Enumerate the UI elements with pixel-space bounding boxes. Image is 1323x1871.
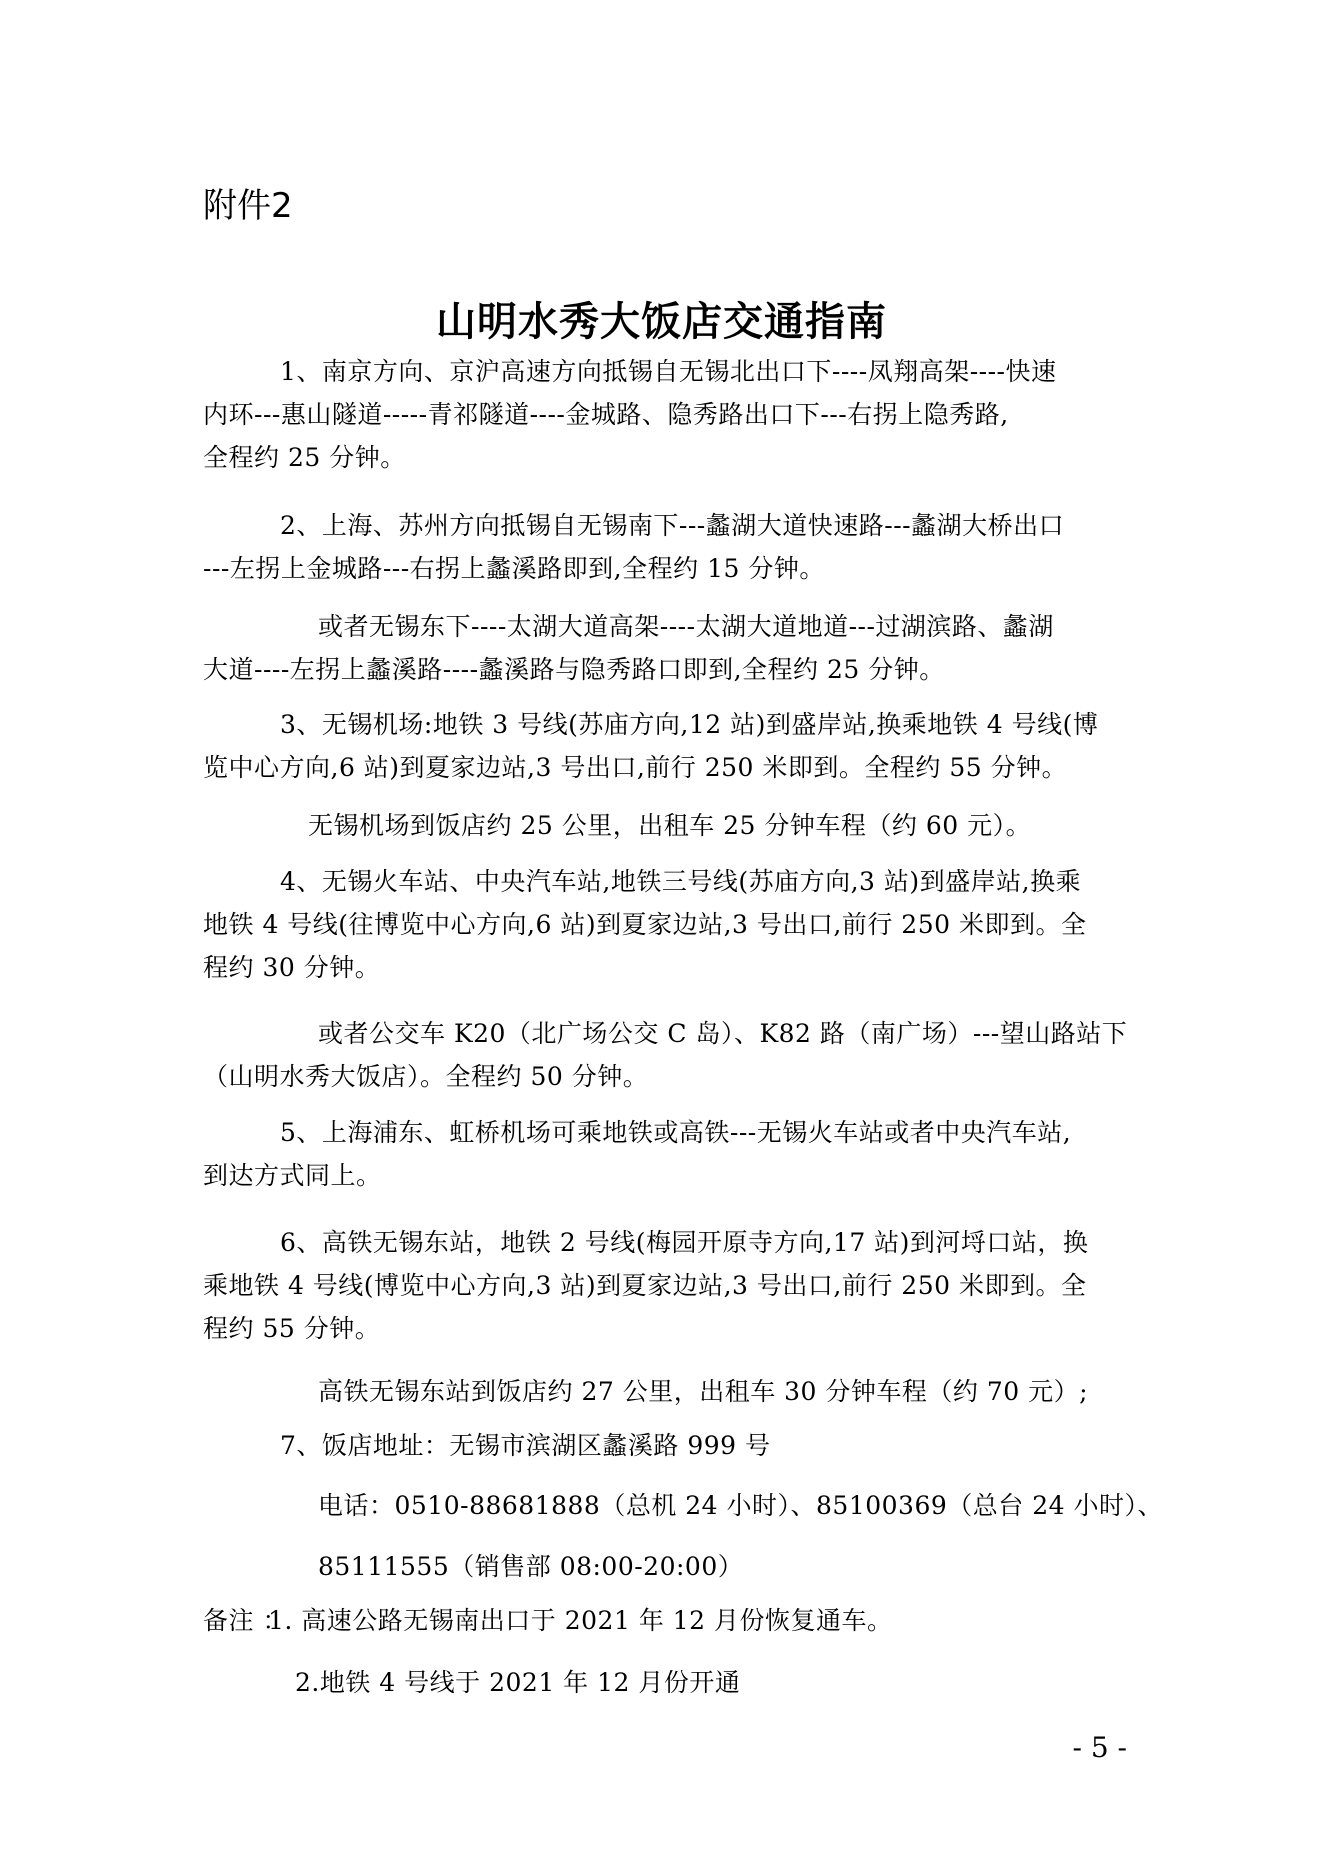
hotel-phone-line-2: 85111555（销售部 08:00-20:00） <box>318 1552 743 1582</box>
route-5-line-2: 到达方式同上。 <box>203 1161 382 1191</box>
route-2-alt-line-2: 大道----左拐上蠡溪路----蠡溪路与隐秀路口即到,全程约 25 分钟。 <box>203 655 945 685</box>
page-number: - 5 - <box>1072 1731 1127 1764</box>
hotel-phone-line-1: 电话：0510-88681888（总机 24 小时）、85100369（总台 2… <box>318 1491 1163 1521</box>
route-6-line-1: 6、高铁无锡东站，地铁 2 号线(梅园开原寺方向,17 站)到河埒口站，换 <box>280 1228 1088 1258</box>
route-4-bus-line-2: （山明水秀大饭店）。全程约 50 分钟。 <box>203 1062 648 1092</box>
attachment-label: 附件2 <box>203 178 293 227</box>
route-3-line-2: 览中心方向,6 站)到夏家边站,3 号出口,前行 250 米即到。全程约 55 … <box>203 753 1067 783</box>
route-6-line-3: 程约 55 分钟。 <box>203 1314 380 1344</box>
hotel-address: 7、饭店地址：无锡市滨湖区蠡溪路 999 号 <box>280 1431 771 1461</box>
route-1-line-2: 内环---惠山隧道-----青祁隧道----金城路、隐秀路出口下---右拐上隐秀… <box>203 400 1009 430</box>
note-item-1: 1. 高速公路无锡南出口于 2021 年 12 月份恢复通车。 <box>268 1606 893 1636</box>
route-2-line-2: ---左拐上金城路---右拐上蠡溪路即到,全程约 15 分钟。 <box>203 554 825 584</box>
route-4-line-1: 4、无锡火车站、中央汽车站,地铁三号线(苏庙方向,3 站)到盛岸站,换乘 <box>280 867 1081 897</box>
route-4-line-3: 程约 30 分钟。 <box>203 953 380 983</box>
route-6-line-2: 乘地铁 4 号线(博览中心方向,3 站)到夏家边站,3 号出口,前行 250 米… <box>203 1271 1086 1301</box>
route-3-line-1: 3、无锡机场:地铁 3 号线(苏庙方向,12 站)到盛岸站,换乘地铁 4 号线(… <box>280 710 1098 740</box>
route-6-taxi-line: 高铁无锡东站到饭店约 27 公里，出租车 30 分钟车程（约 70 元）; <box>318 1377 1088 1407</box>
route-4-bus-line-1: 或者公交车 K20（北广场公交 C 岛）、K82 路（南广场）---望山路站下 <box>318 1019 1127 1049</box>
note-item-2: 2.地铁 4 号线于 2021 年 12 月份开通 <box>295 1668 740 1698</box>
route-3-taxi-line: 无锡机场到饭店约 25 公里，出租车 25 分钟车程（约 60 元）。 <box>308 811 1031 841</box>
route-5-line-1: 5、上海浦东、虹桥机场可乘地铁或高铁---无锡火车站或者中央汽车站, <box>280 1118 1071 1148</box>
route-2-line-1: 2、上海、苏州方向抵锡自无锡南下---蠡湖大道快速路---蠡湖大桥出口 <box>280 511 1064 541</box>
route-4-line-2: 地铁 4 号线(往博览中心方向,6 站)到夏家边站,3 号出口,前行 250 米… <box>203 910 1086 940</box>
route-1-line-3: 全程约 25 分钟。 <box>203 443 406 473</box>
page-title: 山明水秀大饭店交通指南 <box>0 290 1323 347</box>
route-1-line-1: 1、南京方向、京沪高速方向抵锡自无锡北出口下----凤翔高架----快速 <box>280 357 1057 387</box>
route-2-alt-line-1: 或者无锡东下----太湖大道高架----太湖大道地道---过湖滨路、蠡湖 <box>318 612 1054 642</box>
